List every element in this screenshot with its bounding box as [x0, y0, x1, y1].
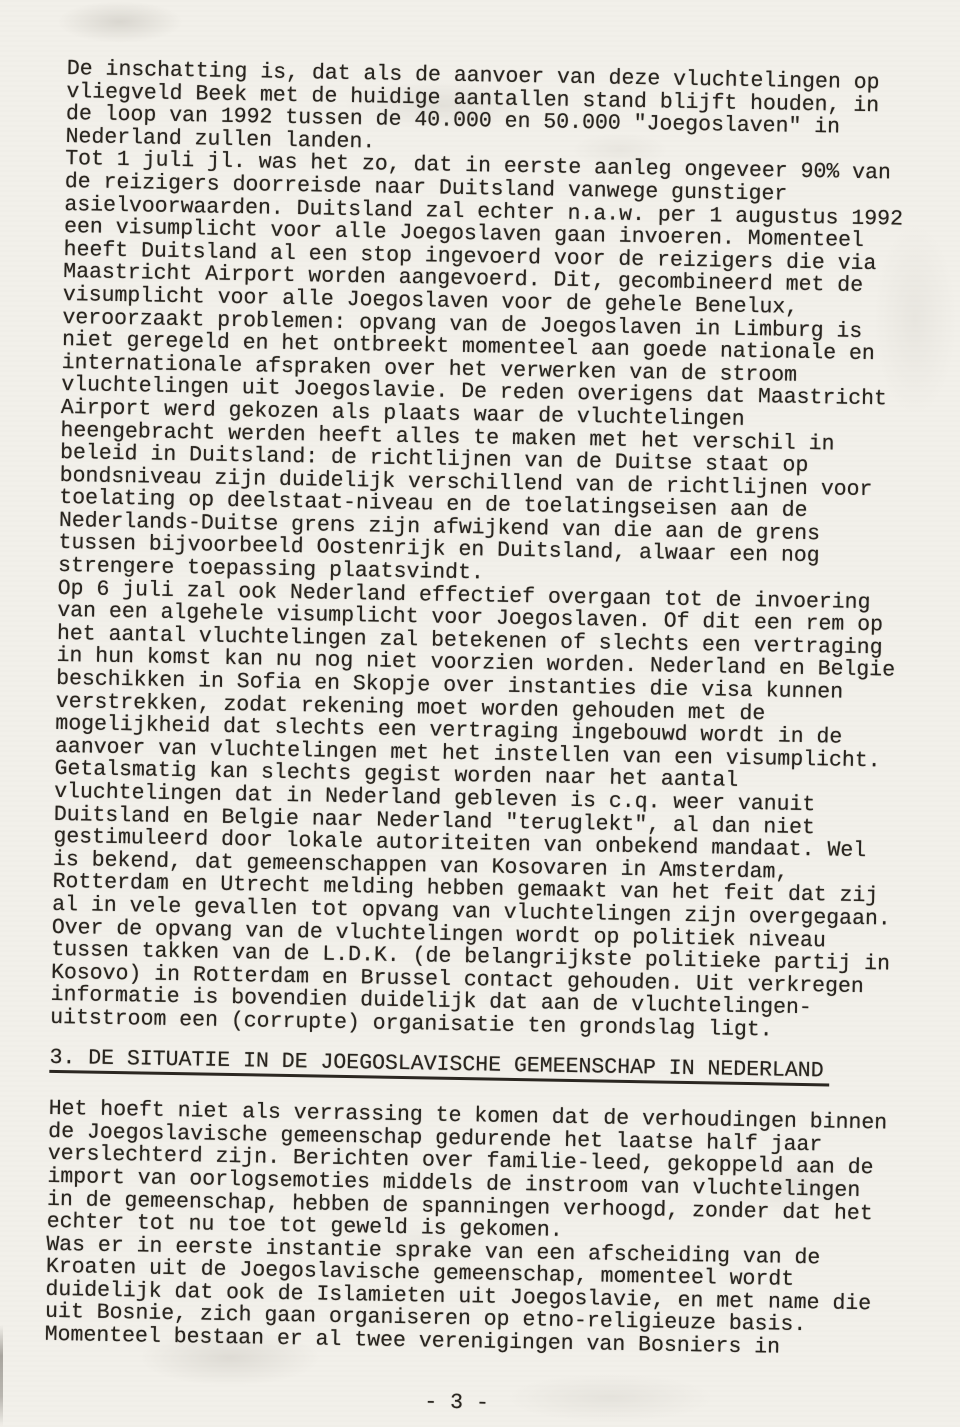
scanned-document-page: De inschatting is, dat als de aanvoer va… [0, 0, 960, 1427]
section-heading: 3. DE SITUATIE IN DE JOEGOSLAVISCHE GEME… [49, 1046, 909, 1088]
typewritten-text-block: De inschatting is, dat als de aanvoer va… [43, 58, 926, 1422]
paragraph-refugee-influx: De inschatting is, dat als de aanvoer va… [50, 58, 927, 1044]
scan-edge-artifact [0, 1325, 3, 1427]
section-heading-text: 3. DE SITUATIE IN DE JOEGOSLAVISCHE GEME… [49, 1046, 829, 1086]
paragraph-community-situation: Het hoeft niet als verrassing te komen d… [45, 1098, 909, 1362]
page-number: - 3 - [43, 1384, 869, 1421]
